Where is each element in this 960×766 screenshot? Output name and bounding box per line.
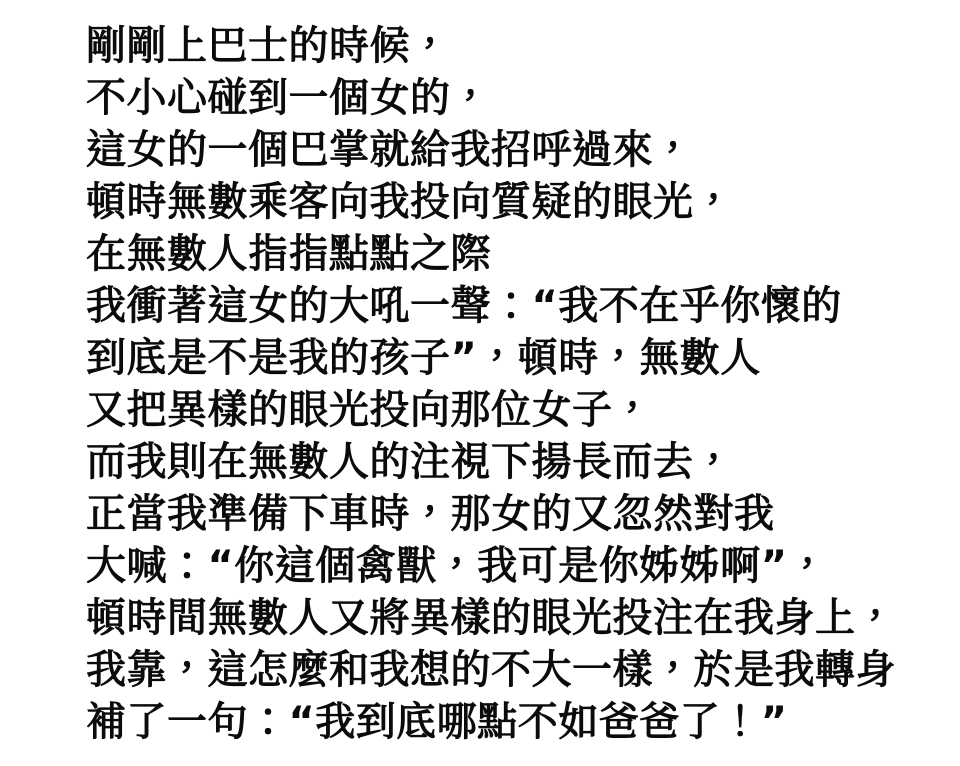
text-line: 又把異樣的眼光投向那位女子， [86,384,930,436]
text-line: 不小心碰到一個女的， [86,72,930,124]
text-line: 大喊：“你這個禽獸，我可是你姊姊啊”， [86,540,930,592]
text-line: 我靠，這怎麼和我想的不大一樣，於是我轉身 [86,644,930,696]
text-line: 我衝著這女的大吼一聲：“我不在乎你懷的 [86,280,930,332]
text-line: 這女的一個巴掌就給我招呼過來， [86,124,930,176]
text-line: 正當我準備下車時，那女的又忽然對我 [86,488,930,540]
text-line: 而我則在無數人的注視下揚長而去， [86,436,930,488]
text-line: 頓時間無數人又將異樣的眼光投注在我身上， [86,592,930,644]
text-line: 剛剛上巴士的時候， [86,20,930,72]
text-line: 在無數人指指點點之際 [86,228,930,280]
text-line: 補了一句：“我到底哪點不如爸爸了！” [86,696,930,748]
text-line: 到底是不是我的孩子”，頓時，無數人 [86,332,930,384]
text-passage: 剛剛上巴士的時候， 不小心碰到一個女的， 這女的一個巴掌就給我招呼過來， 頓時無… [0,0,960,748]
page-background: 剛剛上巴士的時候， 不小心碰到一個女的， 這女的一個巴掌就給我招呼過來， 頓時無… [0,0,960,766]
text-line: 頓時無數乘客向我投向質疑的眼光， [86,176,930,228]
